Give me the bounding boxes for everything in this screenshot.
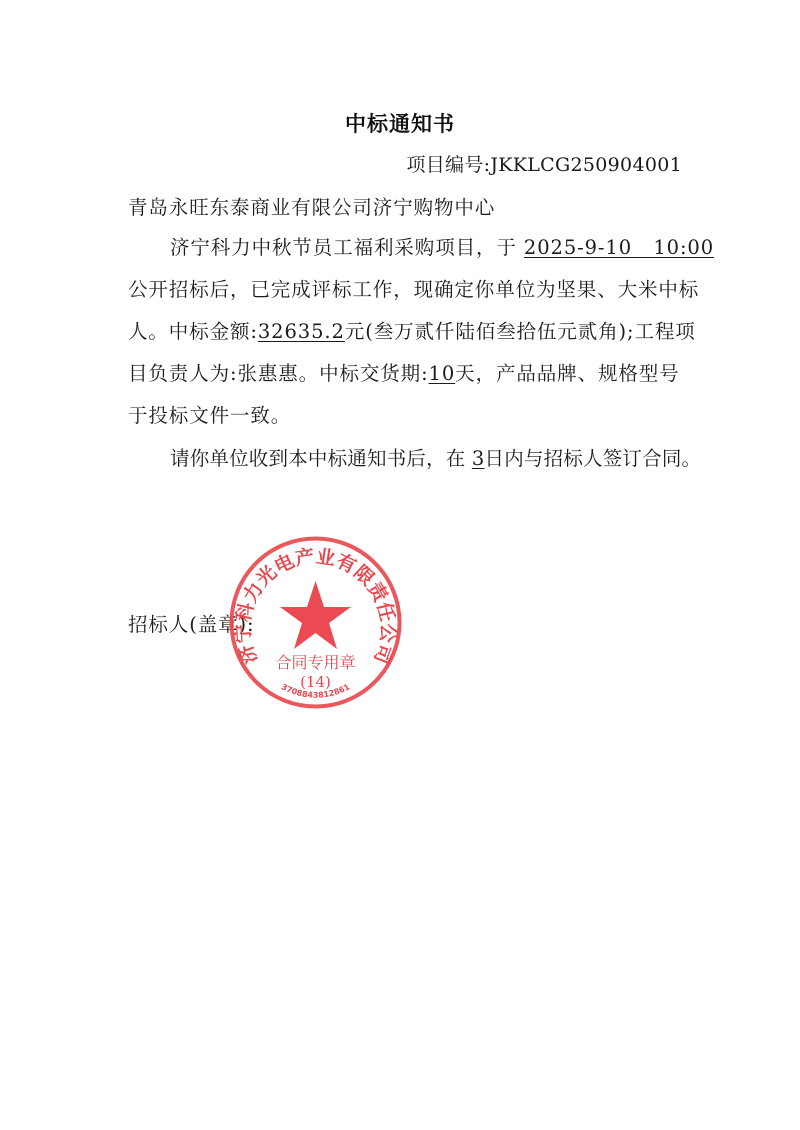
project-number-label: 项目编号: [406,154,490,176]
amount-words: 元(叁万贰仟陆佰叁拾伍元贰角);工程项 [345,320,696,343]
para1-line2: 公开招标后，已完成评标工作，现确定你单位为坚果、大米中标 [128,277,684,303]
recipient: 青岛永旺东泰商业有限公司济宁购物中心 [128,195,684,221]
company-seal: 济宁科力光电产业有限责任公司 合同专用章 (14) 3708843812861 [228,535,403,710]
para1-line4: 目负责人为:张惠惠。中标交货期:10天，产品品牌、规格型号 [128,361,684,387]
document-page: 中标通知书 项目编号:JKKLCG250904001 青岛永旺东泰商业有限公司济… [0,0,800,1130]
document-title: 中标通知书 [0,108,800,138]
para2-text: 请你单位收到本中标通知书后，在 [170,447,472,470]
sign-deadline-days: 3 [472,447,485,470]
project-number-value: JKKLCG250904001 [490,154,682,176]
seal-center-label: 合同专用章 [275,653,355,672]
para1-line3: 人。中标金额:32635.2元(叁万贰仟陆佰叁拾伍元贰角);工程项 [128,319,684,345]
bid-open-datetime: 2025-9-10 10:00 [524,236,714,259]
manager-delivery-label: 目负责人为:张惠惠。中标交货期: [128,362,429,385]
brand-spec-text: 天，产品品牌、规格型号 [455,362,679,385]
para1-line1: 济宁科力中秋节员工福利采购项目，于 2025-9-10 10:00 [170,235,684,261]
star-icon [280,581,351,649]
seal-serial: (14) [300,673,331,691]
amount-label: 人。中标金额: [128,320,258,343]
delivery-days: 10 [429,362,456,385]
bid-amount: 32635.2 [258,320,345,343]
para2: 请你单位收到本中标通知书后，在 3日内与招标人签订合同。 [170,446,700,472]
para1-text: 济宁科力中秋节员工福利采购项目，于 [170,236,524,259]
para2-text-end: 日内与招标人签订合同。 [485,447,702,470]
project-number: 项目编号:JKKLCG250904001 [406,152,682,178]
para1-line5: 于投标文件一致。 [128,403,684,429]
